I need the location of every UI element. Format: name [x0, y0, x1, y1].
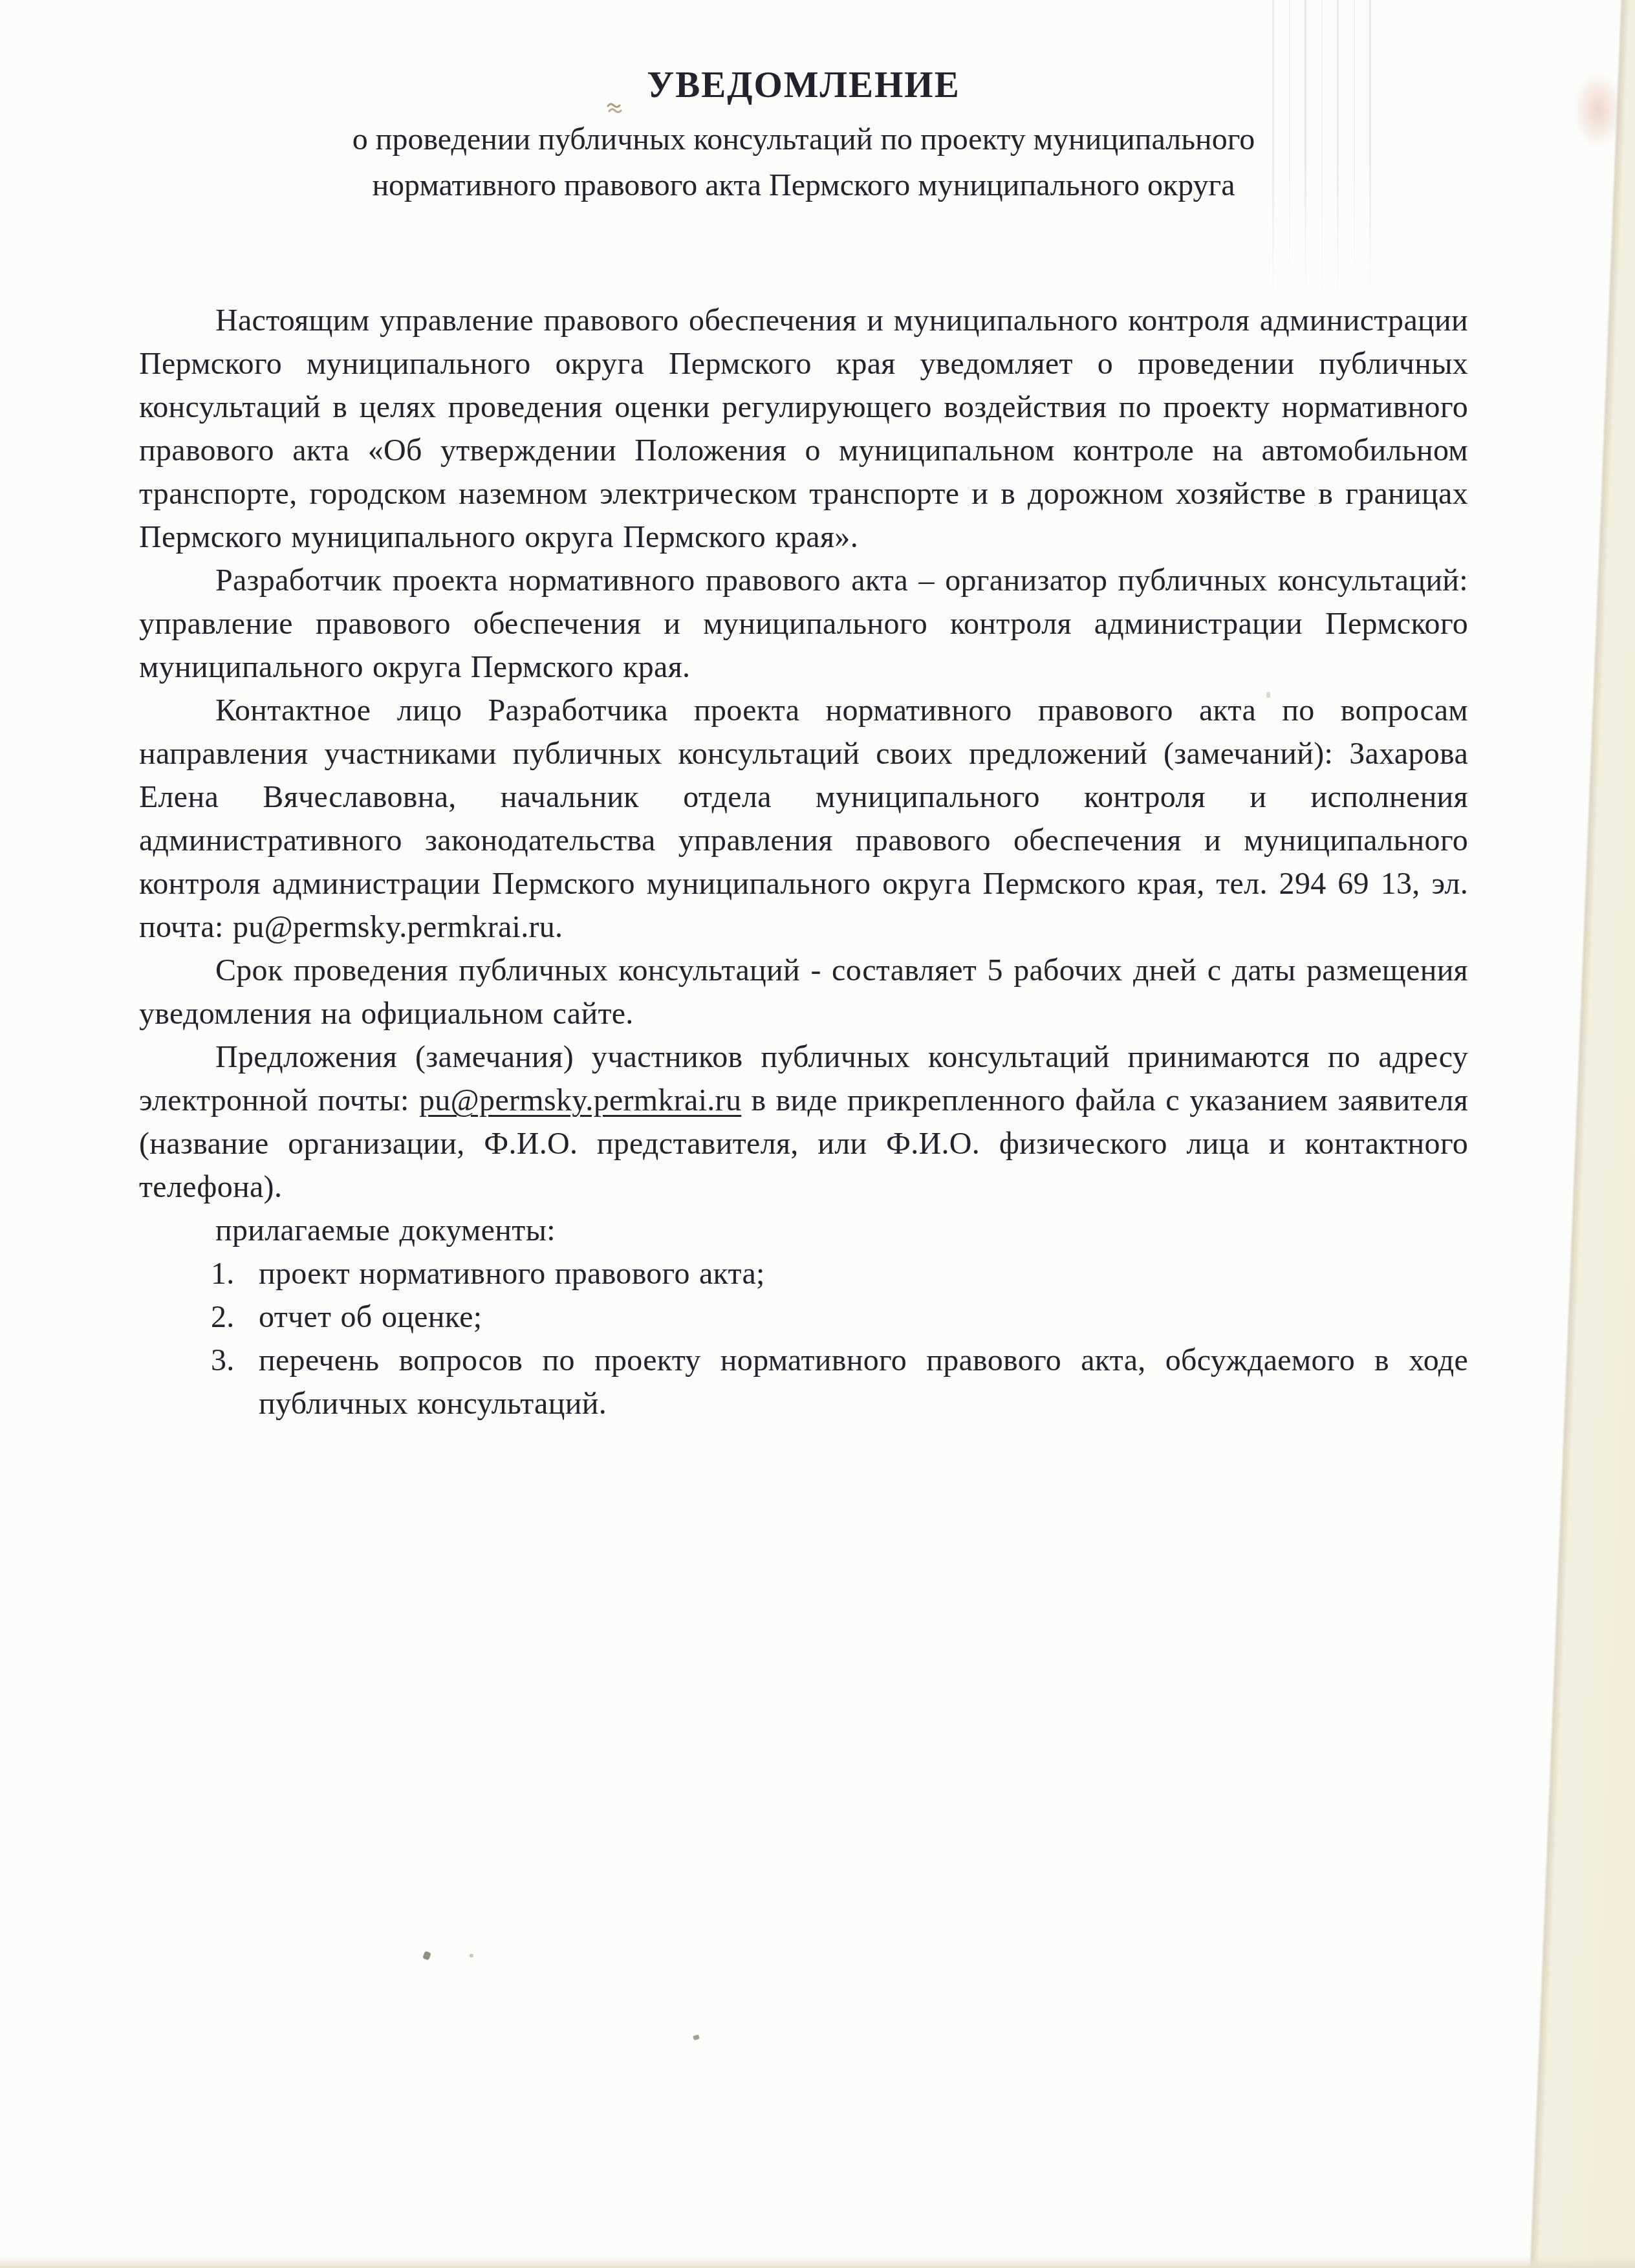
scan-artifact-speck: [470, 1954, 473, 1958]
scanned-document-page: УВЕДОМЛЕНИЕ о проведении публичных консу…: [0, 0, 1635, 2268]
paragraph-submission: Предложения (замечания) участников публи…: [139, 1035, 1468, 1209]
paragraph-developer: Разработчик проекта нормативного правово…: [139, 559, 1468, 689]
document-subtitle: о проведении публичных консультаций по п…: [261, 116, 1347, 208]
scan-artifact-bottom-edge: [0, 2257, 1635, 2268]
attachment-item-question-list: перечень вопросов по проекту нормативног…: [211, 1339, 1468, 1425]
document-content: УВЕДОМЛЕНИЕ о проведении публичных консу…: [139, 62, 1468, 1425]
attachments-label: прилагаемые документы:: [139, 1209, 1468, 1252]
email-link: pu@permsky.permkrai.ru: [419, 1083, 741, 1118]
scan-artifact-speck: [693, 2035, 700, 2040]
document-title: УВЕДОМЛЕНИЕ: [139, 62, 1468, 109]
document-body: Настоящим управление правового обеспечен…: [139, 299, 1468, 1425]
scan-artifact-speck: [422, 1951, 431, 1961]
scan-artifact-smudge: [1573, 71, 1623, 149]
paragraph-contact-person: Контактное лицо Разработчика проекта нор…: [139, 689, 1468, 949]
paragraph-deadline: Срок проведения публичных консультаций -…: [139, 949, 1468, 1035]
attachments-list: проект нормативного правового акта; отче…: [139, 1252, 1468, 1425]
paragraph-intro: Настоящим управление правового обеспечен…: [139, 299, 1468, 559]
attachment-item-assessment-report: отчет об оценке;: [211, 1295, 1468, 1339]
attachment-item-draft-act: проект нормативного правового акта;: [211, 1252, 1468, 1295]
